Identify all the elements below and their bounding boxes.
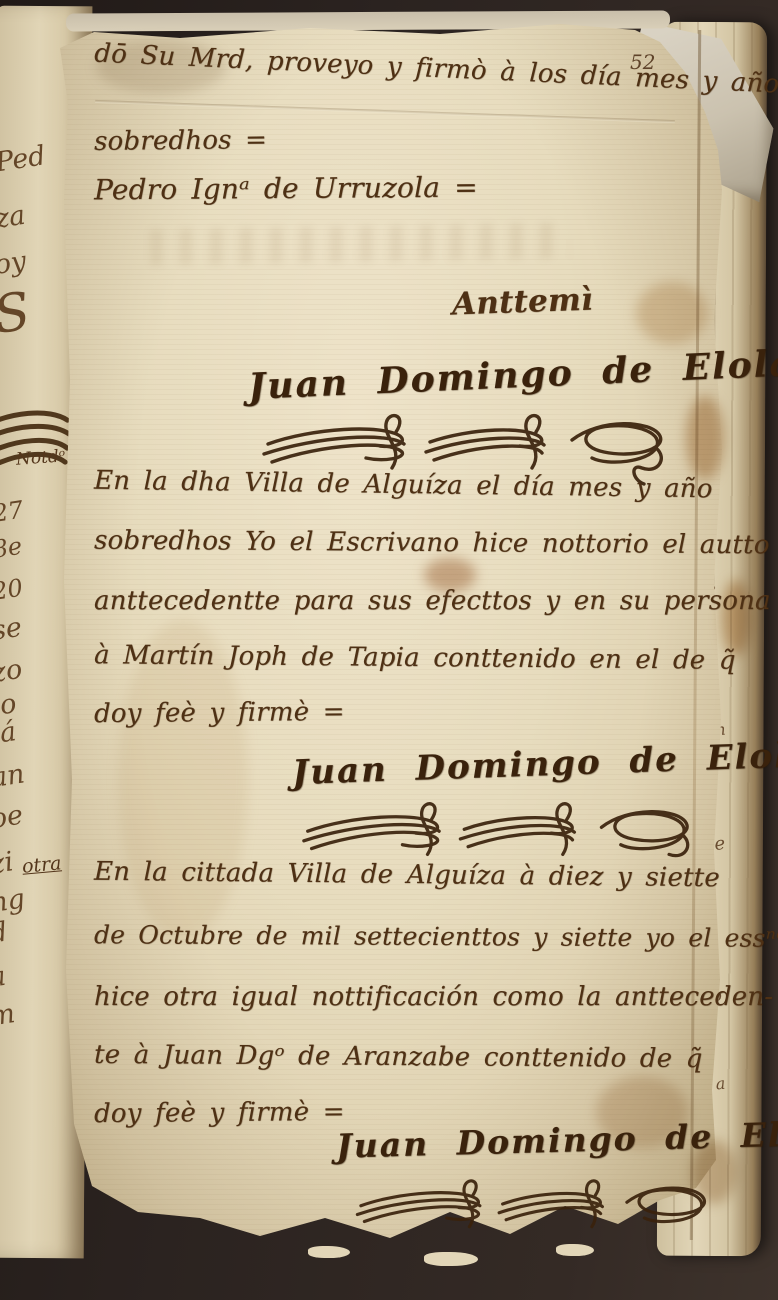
left-page-text-fragment: m <box>0 998 17 1032</box>
attestation-heading: Anttemì <box>451 282 593 323</box>
left-page-text-fragment: an <box>0 758 27 794</box>
torn-paper-bit <box>308 1246 350 1258</box>
manuscript-line: doy feè y firmè = <box>94 697 345 729</box>
left-page-text-fragment: iá <box>0 716 18 750</box>
margin-note-notificado: Notdᵒ <box>15 446 66 469</box>
left-page-text-fragment: 20 <box>0 574 25 606</box>
stain <box>636 282 708 344</box>
left-page-text-fragment: za <box>0 200 27 235</box>
manuscript-line: sobredhos Yo el Escrivano hice nottorio … <box>94 526 770 561</box>
manuscript-line-sobredichos: sobredhos = <box>94 125 267 157</box>
left-page-text-fragment: oe <box>0 800 25 835</box>
left-page-text-fragment: 8e <box>0 532 24 564</box>
left-page-text-fragment: ng <box>0 883 27 919</box>
manuscript-line-scribe-urruzola: Pedro Ignᵃ de Urruzola = <box>94 171 478 207</box>
left-page-text-fragment: a <box>0 961 8 994</box>
margin-note-otra: otra <box>21 852 62 877</box>
signature-rubric-flourish <box>345 1176 725 1246</box>
left-page-text-fragment: Ped <box>0 140 48 178</box>
left-page-text-fragment: 27 <box>0 496 25 528</box>
manuscript-line: doy feè y firmè = <box>94 1097 345 1129</box>
fore-edge-text-fragment: a <box>715 1074 726 1094</box>
stain <box>686 396 724 480</box>
manuscript-line: te à Juan Dgᵒ de Aranzabe conttenido de … <box>94 1040 703 1074</box>
manuscript-photo: Ped za oy S 27 8e 20 se zo io iá an oe z… <box>0 0 778 1300</box>
manuscript-line: anttecedentte para sus efecttos y en su … <box>94 586 771 616</box>
manuscript-line: hice otra igual nottificación como la an… <box>94 982 773 1012</box>
left-page-text-fragment: oy <box>0 246 28 281</box>
left-page-text-fragment: d <box>0 917 9 950</box>
left-page-text-fragment: zo <box>0 654 24 689</box>
manuscript-line: à Martín Joph de Tapia conttenido en el … <box>94 640 736 676</box>
manuscript-line: de Octubre de mil settecienttos y siette… <box>94 920 778 953</box>
left-page-text-fragment: S <box>0 281 34 346</box>
left-page-text-fragment: se <box>0 612 24 647</box>
torn-paper-bit <box>424 1252 478 1266</box>
left-page-text-fragment: zi <box>0 846 15 880</box>
ink-show-through <box>150 222 571 265</box>
